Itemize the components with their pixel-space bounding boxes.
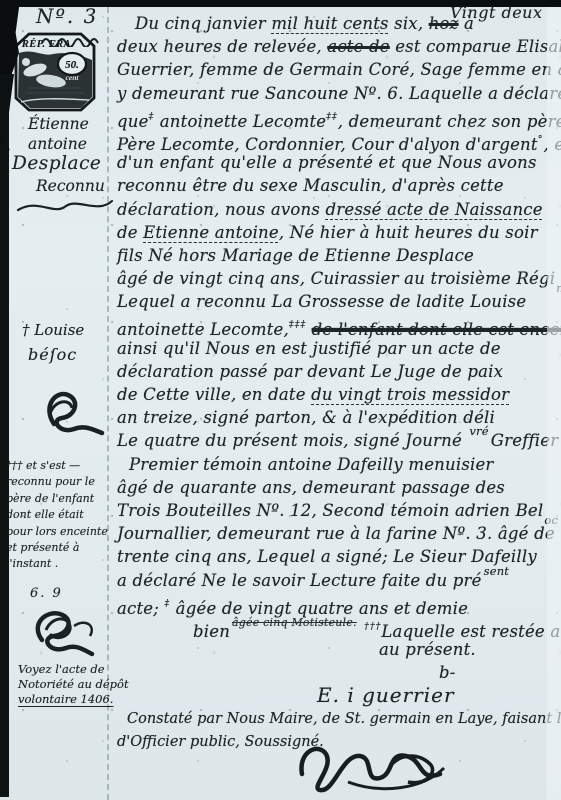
- margin-note-line: reconnu pour le: [6, 474, 124, 490]
- text-segment: déclaration passé par devant Le Juge de …: [117, 362, 503, 381]
- document-line: Constaté par Nous Maire, de St. germain …: [117, 708, 553, 731]
- stamp-value: 50.: [65, 59, 79, 71]
- text-segment: bien: [193, 622, 230, 641]
- text-segment: au présent.: [379, 640, 476, 659]
- margin-note-line: et présenté à: [6, 540, 124, 556]
- document-line: bienâgée cinq Motisteule. †††Laquelle es…: [117, 615, 553, 638]
- margin-note: ††† et s'est —reconnu pour lepère de l'e…: [6, 458, 124, 573]
- document-line: Premier témoin antoine Dafeilly menuisie…: [117, 453, 553, 476]
- text-segment: Etienne antoine: [143, 223, 279, 242]
- text-segment: acte de: [327, 37, 389, 56]
- stamp-unit: cent: [66, 73, 80, 82]
- text-segment: ‡‡‡: [289, 319, 306, 330]
- margin-cross-name: † Louise: [22, 321, 84, 339]
- document-line: Père Lecomte, Cordonnier, Cour d'alyon d…: [117, 128, 553, 151]
- margin-note-line: l'instant .: [6, 556, 124, 572]
- margin-ref-mark: 6. 9: [30, 586, 63, 601]
- text-segment: ‡‡: [326, 111, 338, 122]
- flourish-bracket: [14, 196, 116, 218]
- document-line: d'un enfant qu'elle a présenté et que No…: [117, 151, 553, 174]
- text-segment: acte;: [117, 599, 164, 618]
- text-segment: du vingt trois messidor: [311, 385, 509, 404]
- text-segment: d'un enfant qu'elle a présenté et que No…: [117, 153, 537, 172]
- text-segment: fils Né hors Mariage de Etienne Desplace: [117, 246, 474, 265]
- text-segment: reconnu être du sexe Masculin, d'après c…: [117, 176, 504, 195]
- margin-note-line: pour lors enceinte: [6, 524, 124, 540]
- ink-paraph: [40, 388, 108, 440]
- margin-name: Étienne: [12, 114, 116, 134]
- text-segment: sent: [484, 564, 510, 578]
- revenue-stamp: RÉP. FRA. 50. cent: [13, 31, 97, 113]
- text-segment: vré: [469, 424, 488, 438]
- margin-name: Desplace: [12, 154, 116, 174]
- text-segment: âgée cinq Motisteule.: [232, 616, 357, 629]
- document-line: b-: [117, 661, 553, 684]
- text-segment: Constaté par Nous Maire, de St. germain …: [127, 711, 561, 727]
- text-segment: Premier témoin antoine Dafeilly menuisie…: [129, 455, 494, 474]
- allegory-figure-head: [22, 58, 30, 66]
- ink-paraph: [26, 608, 106, 660]
- margin-note-line: dont elle était: [6, 507, 124, 523]
- stamp-header: RÉP. FRA.: [21, 38, 74, 50]
- text-segment: y demeurant rue Sancoune Nº. 6. Laquelle…: [117, 84, 561, 103]
- document-line: reconnu être du sexe Masculin, d'après c…: [117, 174, 553, 197]
- text-segment: b-: [439, 663, 456, 682]
- text-segment: trente cinq ans, Lequel a signé; Le Sieu…: [117, 547, 537, 566]
- text-segment: six,: [389, 14, 429, 33]
- text-segment: est comparue Elisabeth: [390, 37, 561, 56]
- scanned-civil-register-page: Nº. 3 RÉP. FRA. 50. cent Vingt deux ( Ét…: [0, 0, 561, 800]
- margin-name: antoine: [12, 134, 116, 154]
- text-segment: Journallier, demeurant rue à la farine N…: [117, 524, 555, 543]
- document-line: déclaration passé par devant Le Juge de …: [117, 360, 553, 383]
- document-line: âgé de vingt cinq ans, Cuirassier au tro…: [117, 267, 553, 290]
- text-segment: a déclaré Ne le savoir Lecture faite du …: [117, 571, 482, 590]
- margin-name-beloc: béſoc: [28, 345, 77, 364]
- document-line: Guerrier, femme de Germain Coré, Sage fe…: [117, 58, 553, 81]
- text-segment: an treize, signé parton, & à l'expéditio…: [117, 408, 495, 427]
- document-line: y demeurant rue Sancoune Nº. 6. Laquelle…: [117, 82, 553, 105]
- text-segment: Guerrier, femme de Germain Coré, Sage fe…: [117, 60, 561, 79]
- document-line: ainsi qu'il Nous en est justifié par un …: [117, 337, 553, 360]
- document-line: acte; ‡ âgée de vingt quatre ans et demi…: [117, 592, 553, 615]
- text-segment: †††: [364, 621, 381, 632]
- text-segment: Lequel a reconnu La Grossesse de ladite …: [117, 292, 526, 311]
- text-segment: âgé de quarante ans, demeurant passage d…: [117, 478, 505, 497]
- document-line: de Cette ville, en date du vingt trois m…: [117, 383, 553, 406]
- document-line: âgé de quarante ans, demeurant passage d…: [117, 476, 553, 499]
- margin-note-line: père de l'enfant: [6, 491, 124, 507]
- document-line: Trois Bouteilles Nº. 12, Second témoin a…: [117, 499, 553, 522]
- mayor-signature-flourish: [290, 734, 455, 796]
- text-segment: de Cette ville, en date: [117, 385, 311, 404]
- document-line: a déclaré Ne le savoir Lecture faite du …: [117, 569, 553, 592]
- scan-top-edge: [0, 0, 561, 7]
- document-line: Journallier, demeurant rue à la farine N…: [117, 522, 553, 545]
- act-number: Nº. 3: [36, 4, 98, 28]
- document-line: de Etienne antoine, Né hier à huit heure…: [117, 221, 553, 244]
- document-line: E. i guerrier: [117, 684, 553, 707]
- document-line: deux heures de relevée, acte de est comp…: [117, 35, 553, 58]
- scan-right-edge: [547, 0, 561, 800]
- document-line: déclaration, nous avons dressé acte de N…: [117, 198, 553, 221]
- margin-note-line: ††† et s'est —: [6, 458, 124, 474]
- document-line: antoinette Lecomte,‡‡‡ de l'enfant dont …: [117, 313, 553, 336]
- text-segment: mil huit cents: [271, 14, 388, 33]
- margin-name: Reconnu: [12, 174, 116, 196]
- document-line: fils Né hors Mariage de Etienne Desplace: [117, 244, 553, 267]
- text-segment: dressé acte de Naissance: [326, 200, 543, 219]
- document-line: que‡ antoinette Lecomte‡‡, demeurant che…: [117, 105, 553, 128]
- margin-names: ÉtienneantoineDesplaceReconnu: [12, 114, 116, 196]
- document-line: au présent.: [117, 638, 553, 661]
- text-segment: Du cinq janvier: [135, 14, 271, 33]
- text-segment: , Né hier à huit heures du soir: [279, 223, 538, 242]
- body-text: Du cinq janvier mil huit cents six, hoz …: [117, 12, 553, 754]
- text-segment: deux heures de relevée,: [117, 37, 327, 56]
- document-line: Lequel a reconnu La Grossesse de ladite …: [117, 290, 553, 313]
- text-segment: déclaration, nous avons: [117, 200, 326, 219]
- document-line: Le quatre du présent mois, signé Journé …: [117, 429, 553, 452]
- text-segment: de: [117, 223, 143, 242]
- text-segment: âgé de vingt cinq ans, Cuirassier au tro…: [117, 269, 555, 288]
- text-segment: Le quatre du présent mois, signé Journé: [117, 431, 467, 450]
- text-segment: E. i guerrier: [317, 683, 455, 707]
- text-segment: Trois Bouteilles Nº. 12, Second témoin a…: [117, 501, 543, 520]
- text-segment: ainsi qu'il Nous en est justifié par un …: [117, 339, 501, 358]
